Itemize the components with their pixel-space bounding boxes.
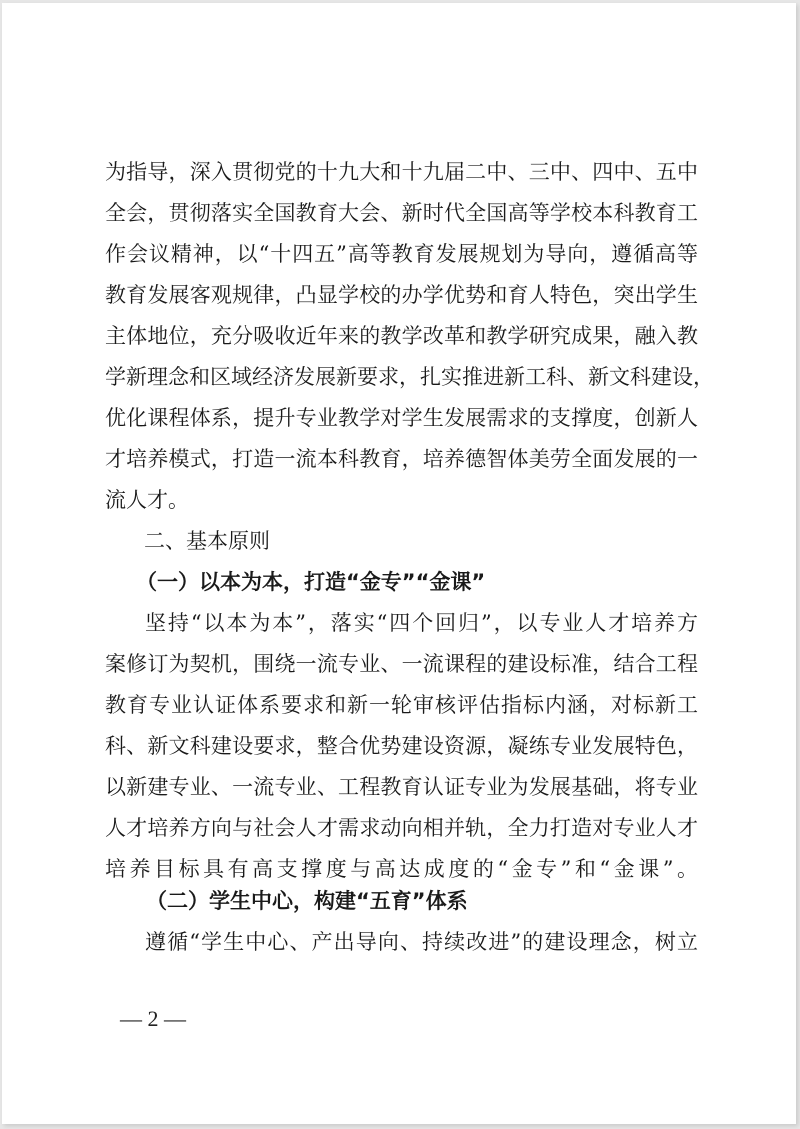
paragraph-line: 案修订为契机，围绕一流专业、一流课程的建设标准，结合工程 xyxy=(105,650,698,678)
paragraph-line: 流人才。 xyxy=(105,486,698,514)
paragraph-line: 优化课程体系，提升专业教学对学生发展需求的支撑度，创新人 xyxy=(105,404,698,432)
page-number: — 2 — xyxy=(120,1006,186,1032)
paragraph-line: 全会，贯彻落实全国教育大会、新时代全国高等学校本科教育工 xyxy=(105,199,698,227)
paragraph-line: 为指导，深入贯彻党的十九大和十九届二中、三中、四中、五中 xyxy=(105,158,698,186)
subsection-heading: （二）学生中心，构建“五育”体系 xyxy=(146,887,468,915)
paragraph-line: 科、新文科建设要求，整合优势建设资源，凝练专业发展特色， xyxy=(105,732,698,760)
paragraph-line: 以新建专业、一流专业、工程教育认证专业为发展基础，将专业 xyxy=(105,773,698,801)
paragraph-line: 才培养模式，打造一流本科教育，培养德智体美劳全面发展的一 xyxy=(105,445,698,473)
document-page: 为指导，深入贯彻党的十九大和十九届二中、三中、四中、五中 全会，贯彻落实全国教育… xyxy=(2,3,796,1124)
paragraph-line: 主体地位，充分吸收近年来的教学改革和教学研究成果，融入教 xyxy=(105,322,698,350)
paragraph-line: 学新理念和区域经济发展新要求，扎实推进新工科、新文科建设， xyxy=(105,363,698,391)
paragraph-line: 教育专业认证体系要求和新一轮审核评估指标内涵，对标新工 xyxy=(105,691,698,719)
paragraph-line: 教育发展客观规律，凸显学校的办学优势和育人特色，突出学生 xyxy=(105,281,698,309)
section-heading: 二、基本原则 xyxy=(144,527,270,555)
paragraph-line: 遵循“学生中心、产出导向、持续改进”的建设理念，树立 xyxy=(145,928,698,956)
paragraph-line: 作会议精神，以“十四五”高等教育发展规划为导向，遵循高等 xyxy=(105,240,698,268)
paragraph-line: 坚持“以本为本”，落实“四个回归”，以专业人才培养方 xyxy=(145,609,698,637)
paragraph-line: 培养目标具有高支撑度与高达成度的“金专”和“金课”。 xyxy=(105,855,698,883)
subsection-heading: （一）以本为本，打造“金专”“金课” xyxy=(136,568,485,596)
paragraph-line: 人才培养方向与社会人才需求动向相并轨，全力打造对专业人才 xyxy=(105,814,698,842)
